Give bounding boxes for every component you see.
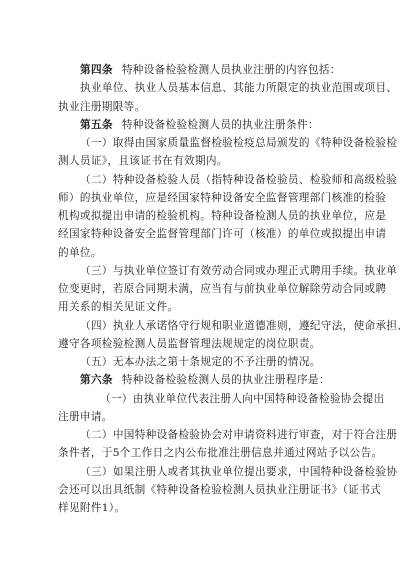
document-page: 第四条特种设备检验检测人员执业注册的内容包括： 执业单位、执业人员基本信息、其能… (58, 61, 342, 517)
clause-line: （三）与执业单位签订有效劳动合同或办理正式聘用手续。执业单 (58, 262, 342, 280)
paragraph-line: 执业单位、执业人员基本信息、其能力所限定的执业范围或项目、 (58, 79, 342, 97)
clause-line: （二）特种设备检验人员（指特种设备检验员、检验师和高级检验 (58, 171, 342, 189)
article-6-number: 第六条 (80, 374, 113, 386)
clause-line: （五）无本办法之第十条规定的不予注册的情况。 (58, 353, 342, 371)
clause-line: （二）中国特种设备检验协会对申请资料进行审查，对于符合注册 (58, 426, 342, 444)
article-4-number: 第四条 (80, 64, 113, 76)
clause-line: 注册申请。 (58, 408, 342, 426)
clause-line: （三）如果注册人或者其执业单位提出要求，中国特种设备检验协 (58, 463, 342, 481)
clause-line: 样见附件1）。 (58, 499, 342, 517)
article-6-title: 特种设备检验检测人员的执业注册程序是： (122, 374, 330, 386)
clause-line: 测人员证》，且该证书在有效期内。 (58, 152, 342, 170)
article-5-number: 第五条 (80, 119, 113, 131)
paragraph-line: 执业注册期限等。 (58, 98, 342, 116)
clause-line: 条件者，于5个工作日之内公布批准注册信息并通过网站予以公告。 (58, 444, 342, 462)
clause-line: （一）取得由国家质量监督检验检疫总局颁发的《特种设备检验检 (58, 134, 342, 152)
article-4-title: 特种设备检验检测人员执业注册的内容包括： (122, 64, 341, 76)
clause-line: 经国家特种设备安全监督管理部门许可（核准）的单位或拟提出申请 (58, 225, 342, 243)
clause-line: （一）由执业单位代表注册人向中国特种设备检验协会提出 (58, 390, 342, 408)
clause-line: （四）执业人承诺恪守行规和职业道德准则，遵纪守法，使命承担、 (58, 317, 342, 335)
clause-line: 机构或拟提出申请的检验机构。特种设备检测人员的执业单位，应是 (58, 207, 342, 225)
clause-line: 位变更时，若原合同期未满，应当有与前执业单位解除劳动合同或聘 (58, 280, 342, 298)
article-5-heading-line: 第五条特种设备检验检测人员的执业注册条件： (58, 116, 342, 134)
clause-line: 师）的执业单位，应是经国家特种设备安全监督管理部门核准的检验 (58, 189, 342, 207)
clause-line: 会还可以出具纸制《特种设备检验检测人员执业注册证书》（证书式 (58, 481, 342, 499)
clause-line: 的单位。 (58, 244, 342, 262)
article-4-heading-line: 第四条特种设备检验检测人员执业注册的内容包括： (58, 61, 342, 79)
clause-line: 遵守各项检验检测人员监督管理法规规定的岗位职责。 (58, 335, 342, 353)
clause-line: 用关系的相关见证文件。 (58, 298, 342, 316)
article-5-title: 特种设备检验检测人员的执业注册条件： (122, 119, 319, 131)
article-6-heading-line: 第六条特种设备检验检测人员的执业注册程序是： (58, 371, 342, 389)
